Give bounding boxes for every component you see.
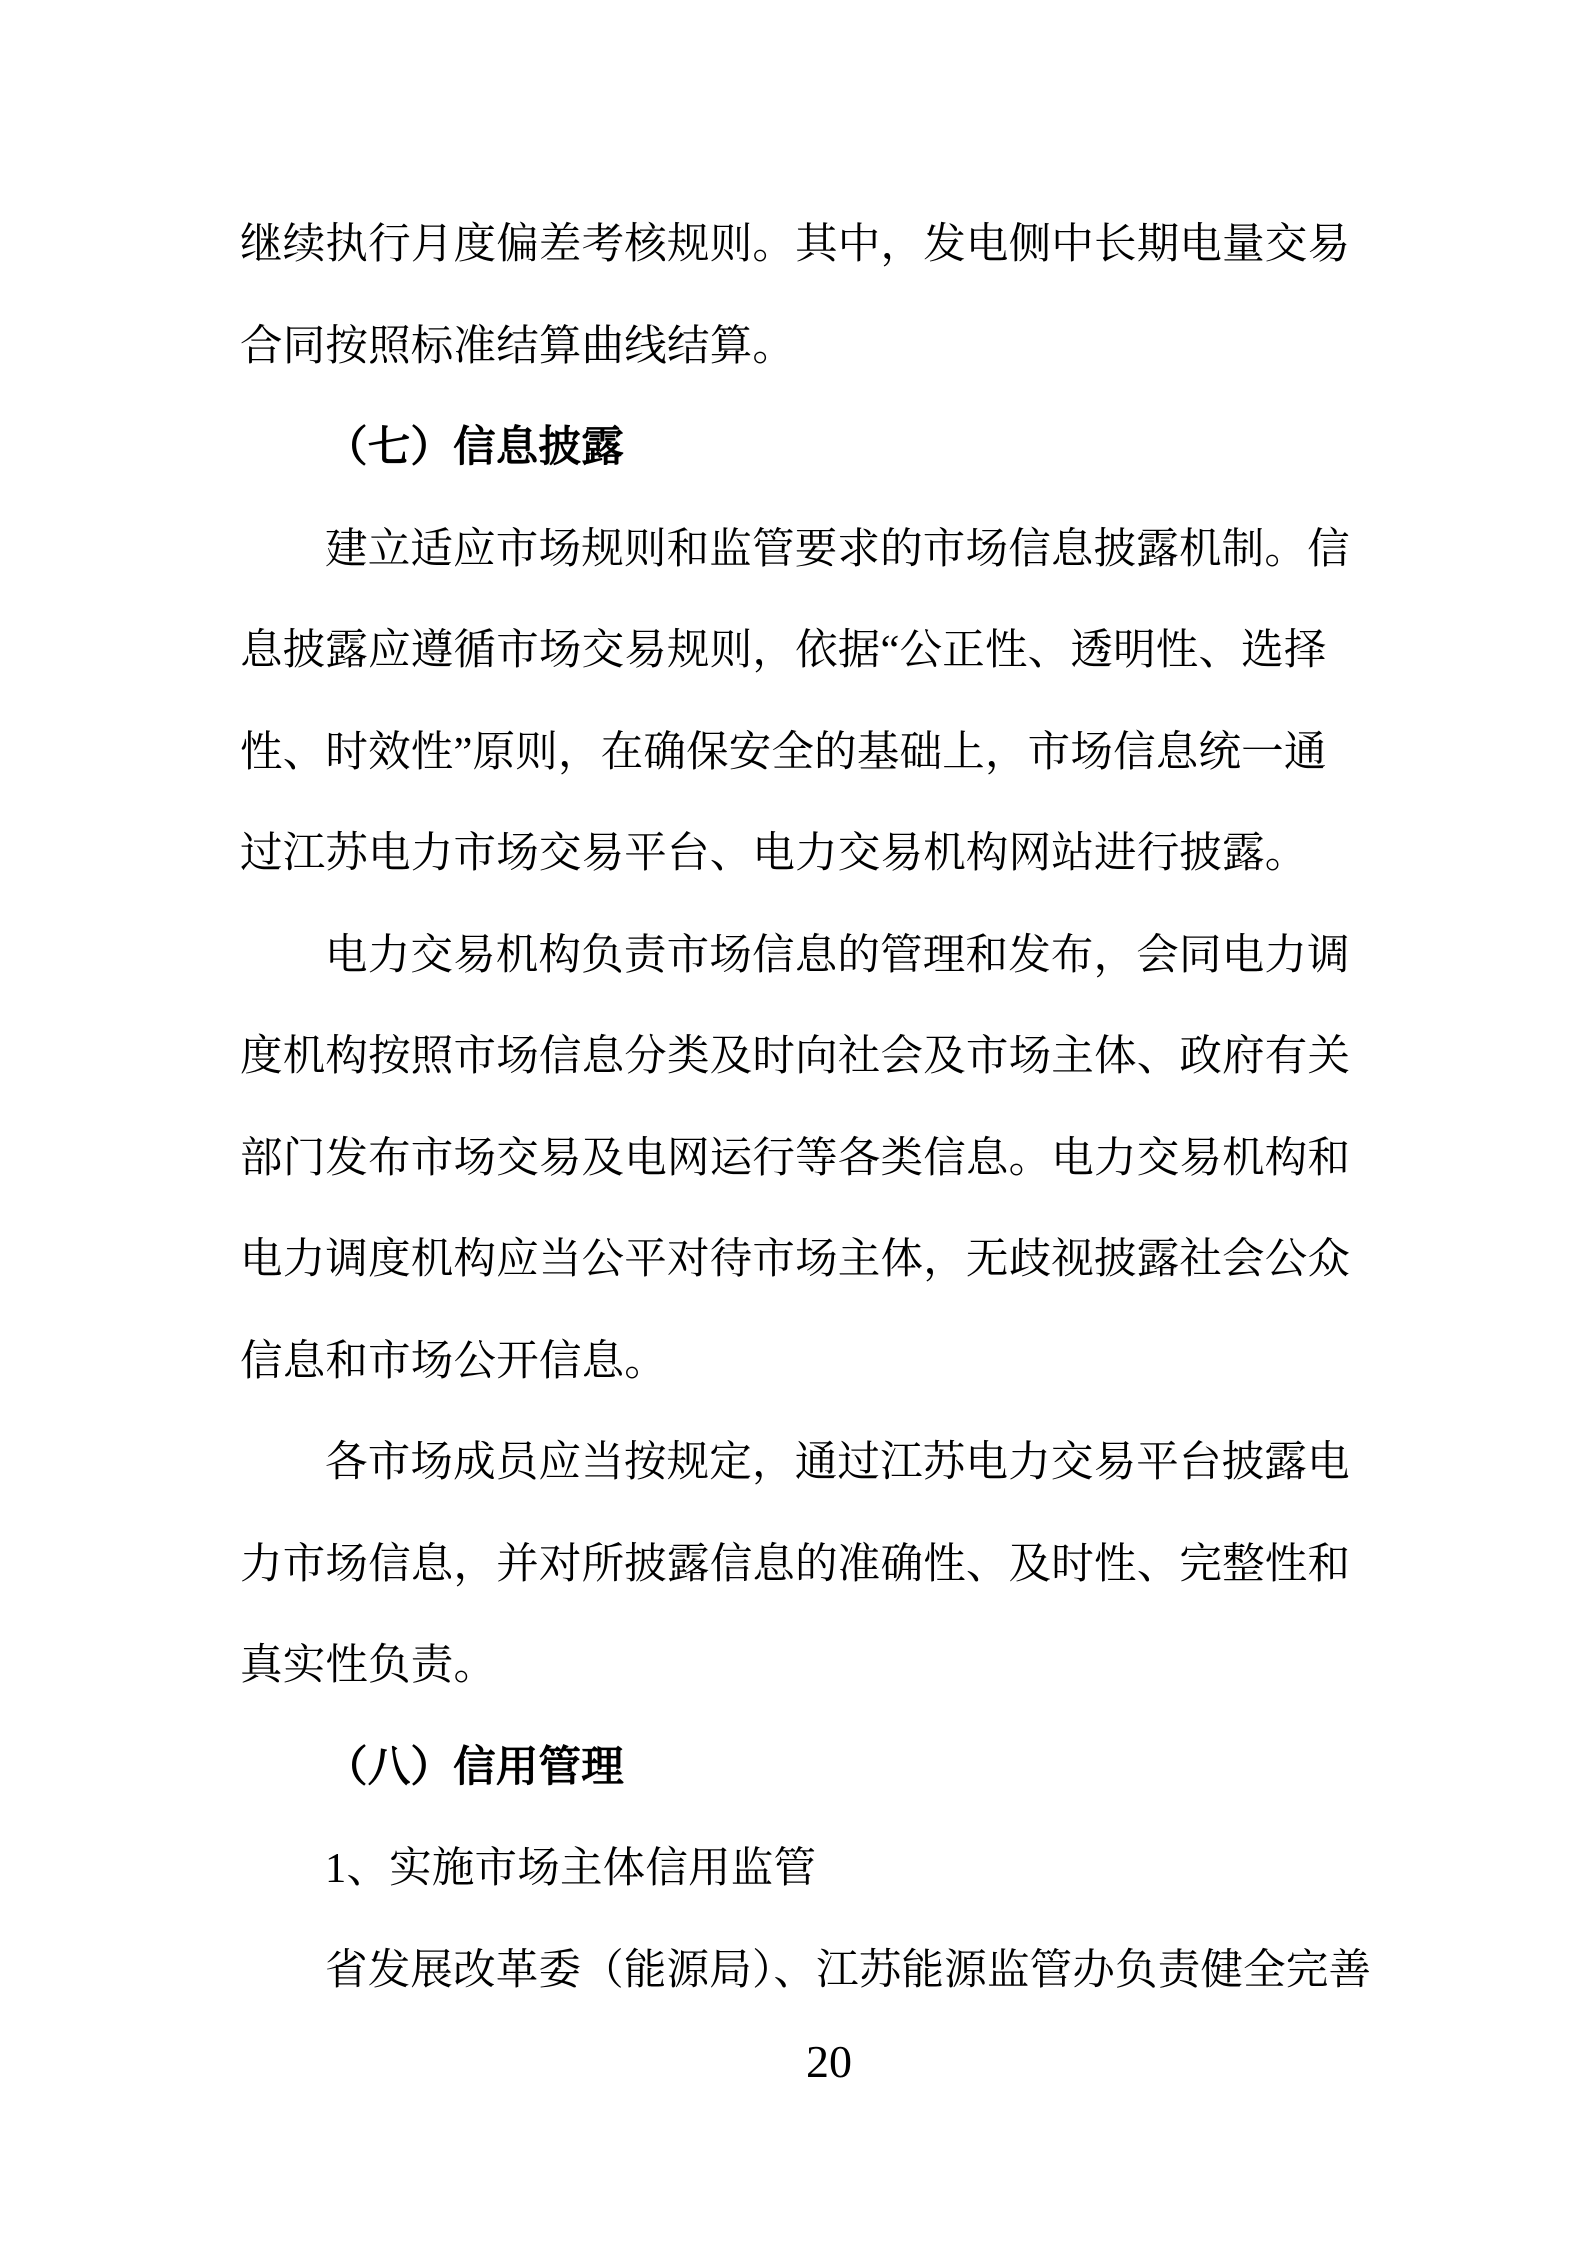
text-block: 继续执行月度偏差考核规则。其中，发电侧中长期电量交易 合同按照标准结算曲线结算。… — [240, 194, 1350, 2021]
text-line: 度机构按照市场信息分类及时向社会及市场主体、政府有关 — [240, 1006, 1350, 1108]
text-line: 性、时效性”原则，在确保安全的基础上，市场信息统一通 — [240, 702, 1350, 804]
paragraph: 继续执行月度偏差考核规则。其中，发电侧中长期电量交易 合同按照标准结算曲线结算。 — [240, 194, 1350, 397]
text-line: 真实性负责。 — [240, 1615, 1350, 1717]
page-number: 20 — [806, 2034, 866, 2090]
paragraph: （七）信息披露 — [240, 397, 1350, 499]
text-line: 建立适应市场规则和监管要求的市场信息披露机制。信 — [240, 499, 1350, 601]
text-line: 继续执行月度偏差考核规则。其中，发电侧中长期电量交易 — [240, 194, 1350, 296]
text-line: 省发展改革委（能源局）、江苏能源监管办负责健全完善 — [240, 1920, 1350, 2022]
text-line: 合同按照标准结算曲线结算。 — [240, 296, 1350, 398]
paragraph: （八）信用管理 — [240, 1717, 1350, 1819]
text-line: 息披露应遵循市场交易规则，依据“公正性、透明性、选择 — [240, 600, 1350, 702]
document-page: 继续执行月度偏差考核规则。其中，发电侧中长期电量交易 合同按照标准结算曲线结算。… — [0, 0, 1587, 2245]
sub-heading: 1、实施市场主体信用监管 — [240, 1818, 1350, 1920]
section-heading: （七）信息披露 — [240, 397, 1350, 499]
text-line: 各市场成员应当按规定，通过江苏电力交易平台披露电 — [240, 1412, 1350, 1514]
paragraph: 各市场成员应当按规定，通过江苏电力交易平台披露电 力市场信息，并对所披露信息的准… — [240, 1412, 1350, 1717]
paragraph: 1、实施市场主体信用监管 — [240, 1818, 1350, 1920]
paragraph: 建立适应市场规则和监管要求的市场信息披露机制。信 息披露应遵循市场交易规则，依据… — [240, 499, 1350, 905]
text-line: 部门发布市场交易及电网运行等各类信息。电力交易机构和 — [240, 1108, 1350, 1210]
section-heading: （八）信用管理 — [240, 1717, 1350, 1819]
text-line: 信息和市场公开信息。 — [240, 1311, 1350, 1413]
paragraph: 省发展改革委（能源局）、江苏能源监管办负责健全完善 — [240, 1920, 1350, 2022]
text-line: 电力交易机构负责市场信息的管理和发布，会同电力调 — [240, 905, 1350, 1007]
text-line: 电力调度机构应当公平对待市场主体，无歧视披露社会公众 — [240, 1209, 1350, 1311]
text-line: 过江苏电力市场交易平台、电力交易机构网站进行披露。 — [240, 803, 1350, 905]
text-line: 力市场信息，并对所披露信息的准确性、及时性、完整性和 — [240, 1514, 1350, 1616]
paragraph: 电力交易机构负责市场信息的管理和发布，会同电力调 度机构按照市场信息分类及时向社… — [240, 905, 1350, 1413]
